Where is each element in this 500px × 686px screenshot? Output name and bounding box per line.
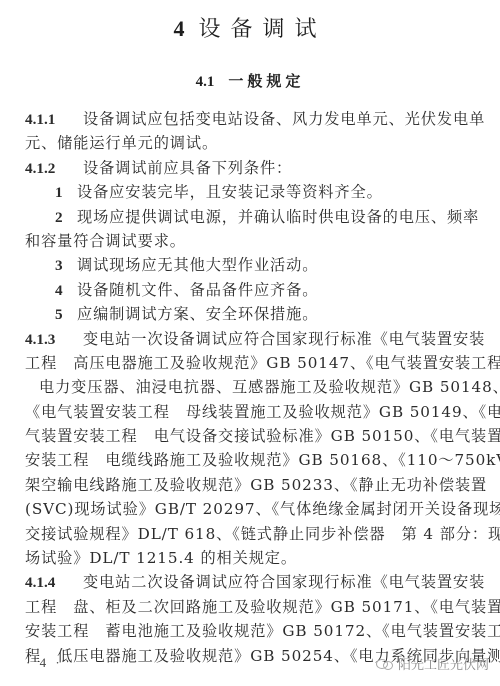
line-text: 设备调试应包括变电站设备、风力发电单元、光伏发电单 — [83, 110, 485, 128]
line-text: 调试现场应无其他大型作业活动。 — [77, 256, 318, 274]
wechat-icon — [376, 658, 394, 669]
line-text: 设备随机文件、备品备件应齐备。 — [77, 281, 318, 299]
item-number: 5 — [55, 303, 77, 327]
line-text: 和容量符合调试要求。 — [25, 232, 186, 250]
text-line: 工程 高压电器施工及验收规范》GB 50147、《电气装置安装工程 — [25, 351, 477, 375]
line-text: 安装工程 电缆线路施工及验收规范》GB 50168、《110～750kV — [25, 451, 500, 469]
line-text: 场试验》DL/T 1215.4 的相关规定。 — [25, 549, 297, 567]
text-line: 电力变压器、油浸电抗器、互感器施工及验收规范》GB 50148、 — [25, 375, 477, 399]
text-line: 工程 盘、柜及二次回路施工及验收规范》GB 50171、《电气装置 — [25, 595, 477, 619]
watermark: 阳光工匠光伏网 — [376, 654, 489, 673]
line-text: 架空输电线路施工及验收规范》GB 50233、《静止无功补偿装置 — [25, 476, 487, 494]
section-number: 4.1 — [196, 74, 215, 90]
document-body: 4.1.1设备调试应包括变电站设备、风力发电单元、光伏发电单元、储能运行单元的调… — [25, 107, 477, 668]
item-number: 4 — [55, 279, 77, 303]
text-line: 4.1.1设备调试应包括变电站设备、风力发电单元、光伏发电单 — [25, 107, 477, 131]
line-text: 变电站二次设备调试应符合国家现行标准《电气装置安装 — [83, 573, 485, 591]
chapter-title-text: 设备调试 — [198, 17, 326, 42]
line-text: 元、储能运行单元的调试。 — [25, 134, 218, 152]
text-line: 4设备随机文件、备品备件应齐备。 — [25, 278, 477, 302]
line-text: 《电气装置安装工程 母线装置施工及验收规范》GB 50149、《电 — [25, 403, 500, 421]
watermark-text: 阳光工匠光伏网 — [398, 654, 489, 673]
chapter-number: 4 — [173, 16, 184, 41]
line-text: (SVC)现场试验》GB/T 20297、《气体绝缘金属封闭开关设备现场 — [25, 500, 500, 518]
text-line: 和容量符合调试要求。 — [25, 229, 477, 253]
clause-number: 4.1.2 — [25, 157, 83, 181]
text-line: 气装置安装工程 电气设备交接试验标准》GB 50150、《电气装置 — [25, 424, 477, 448]
line-text: 设备调试前应具备下列条件： — [83, 159, 292, 177]
text-line: 2现场应提供调试电源，并确认临时供电设备的电压、频率 — [25, 205, 477, 229]
line-text: 变电站一次设备调试应符合国家现行标准《电气装置安装 — [83, 330, 485, 348]
chapter-title: 4设备调试 — [0, 12, 500, 43]
text-line: 4.1.4变电站二次设备调试应符合国家现行标准《电气装置安装 — [25, 570, 477, 594]
line-text: 工程 高压电器施工及验收规范》GB 50147、《电气装置安装工程 — [25, 354, 500, 372]
section-title-text: 一般规定 — [228, 72, 304, 90]
text-line: 元、储能运行单元的调试。 — [25, 131, 477, 155]
line-text: 工程 盘、柜及二次回路施工及验收规范》GB 50171、《电气装置 — [25, 598, 500, 616]
line-text: 现场应提供调试电源，并确认临时供电设备的电压、频率 — [77, 208, 479, 226]
text-line: 架空输电线路施工及验收规范》GB 50233、《静止无功补偿装置 — [25, 473, 477, 497]
section-title: 4.1一般规定 — [0, 70, 500, 91]
item-number: 1 — [55, 181, 77, 205]
text-line: 4.1.3变电站一次设备调试应符合国家现行标准《电气装置安装 — [25, 327, 477, 351]
text-line: 《电气装置安装工程 母线装置施工及验收规范》GB 50149、《电 — [25, 400, 477, 424]
line-text: 交接试验规程》DL/T 618、《链式静止同步补偿器 第 4 部分：现 — [25, 525, 500, 543]
text-line: 4.1.2设备调试前应具备下列条件： — [25, 156, 477, 180]
line-text: 设备应安装完毕，且安装记录等资料齐全。 — [77, 183, 383, 201]
text-line: 交接试验规程》DL/T 618、《链式静止同步补偿器 第 4 部分：现 — [25, 522, 477, 546]
line-text: 应编制调试方案、安全环保措施。 — [77, 305, 318, 323]
text-line: 场试验》DL/T 1215.4 的相关规定。 — [25, 546, 477, 570]
text-line: 安装工程 蓄电池施工及验收规范》GB 50172、《电气装置安装工 — [25, 619, 477, 643]
clause-number: 4.1.1 — [25, 108, 83, 132]
clause-number: 4.1.3 — [25, 328, 83, 352]
text-line: 5应编制调试方案、安全环保措施。 — [25, 302, 477, 326]
text-line: (SVC)现场试验》GB/T 20297、《气体绝缘金属封闭开关设备现场 — [25, 497, 477, 521]
text-line: 安装工程 电缆线路施工及验收规范》GB 50168、《110～750kV — [25, 448, 477, 472]
line-text: 电力变压器、油浸电抗器、互感器施工及验收规范》GB 50148、 — [39, 378, 500, 396]
line-text: 气装置安装工程 电气设备交接试验标准》GB 50150、《电气装置 — [25, 427, 500, 445]
clause-number: 4.1.4 — [25, 571, 83, 595]
document-page: 4设备调试 4.1一般规定 4.1.1设备调试应包括变电站设备、风力发电单元、光… — [0, 0, 500, 686]
line-text: 安装工程 蓄电池施工及验收规范》GB 50172、《电气装置安装工 — [25, 622, 500, 640]
page-number: · 4 · — [26, 655, 63, 671]
item-number: 2 — [55, 206, 77, 230]
item-number: 3 — [55, 254, 77, 278]
text-line: 1设备应安装完毕，且安装记录等资料齐全。 — [25, 180, 477, 204]
text-line: 3调试现场应无其他大型作业活动。 — [25, 253, 477, 277]
